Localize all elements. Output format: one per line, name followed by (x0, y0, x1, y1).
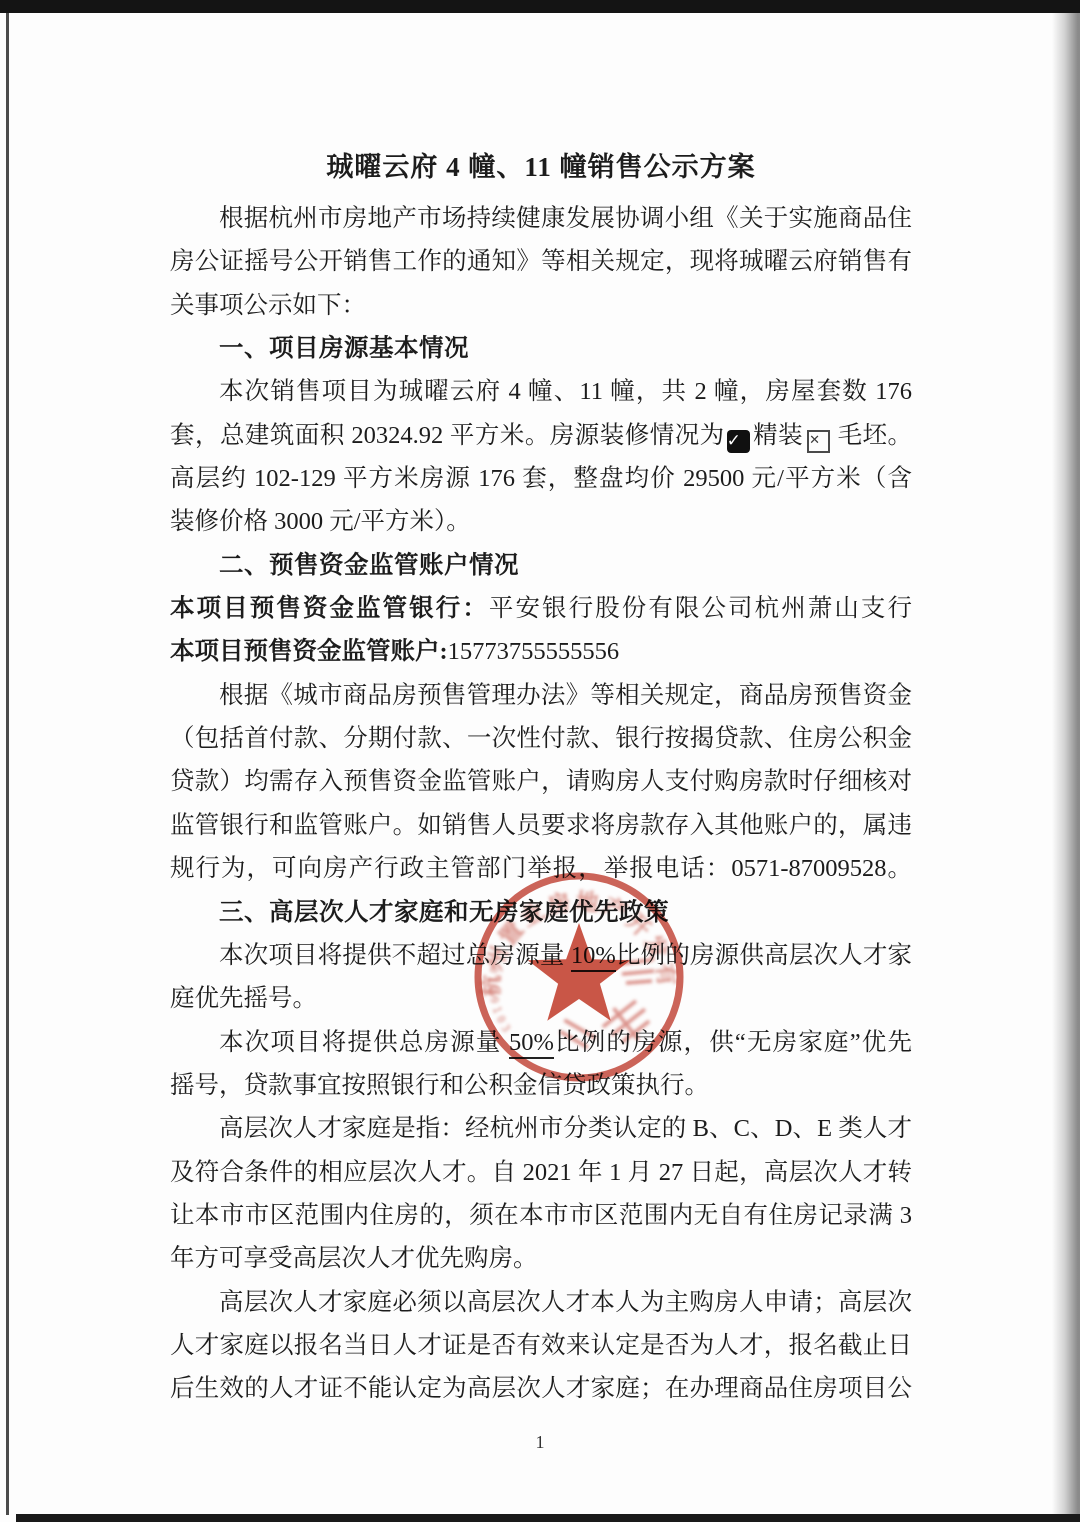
doc-line: 及符合条件的相应层次人才。自 2021 年 1 月 27 日起，高层次人才转 (170, 1151, 912, 1194)
doc-line: 人才家庭以报名当日人才证是否有效来认定是否为人才，报名截止日 (170, 1324, 912, 1367)
doc-line: 规行为，可向房产行政主管部门举报，举报电话：0571-87009528。 (170, 847, 912, 890)
scanned-page: { "page": { "number": "1" }, "stamp": { … (0, 0, 1080, 1522)
text-run: 贷款）均需存入预售资金监管账户，请购房人支付购房款时仔细核对 (170, 768, 912, 795)
text-run: 根据杭州市房地产市场持续健康发展协调小组《关于实施商品住 (219, 205, 912, 232)
text-run: 比例的房源供高层次人才家 (616, 942, 912, 969)
page-number: 1 (0, 1432, 1080, 1453)
text-run: 高层次人才家庭必须以高层次人才本人为主购房人申请；高层次 (219, 1289, 912, 1316)
document-lines: 根据杭州市房地产市场持续健康发展协调小组《关于实施商品住房公证摇号公开销售工作的… (170, 197, 912, 1411)
section-heading: 三、高层次人才家庭和无房家庭优先政策 (170, 891, 912, 934)
text-run: 监管银行和监管账户。如销售人员要求将房款存入其他账户的，属违 (170, 812, 912, 839)
underlined-value: 50% (509, 1029, 554, 1059)
checkbox-crossed-icon: ✕ (807, 430, 830, 453)
scan-top-edge (0, 0, 1080, 13)
doc-line: 高层约 102-129 平方米房源 176 套，整盘均价 29500 元/平方米… (170, 457, 912, 500)
doc-line: 庭优先摇号。 (170, 977, 912, 1020)
doc-line: 高层次人才家庭必须以高层次人才本人为主购房人申请；高层次 (170, 1281, 912, 1324)
doc-line: 套，总建筑面积 20324.92 平方米。房源装修情况为✓精装✕毛坯。 (170, 414, 912, 457)
doc-line: 后生效的人才证不能认定为高层次人才家庭；在办理商品住房项目公 (170, 1367, 912, 1410)
text-run: 本次项目将提供不超过总房源量 (219, 942, 571, 969)
doc-line: 装修价格 3000 元/平方米）。 (170, 500, 912, 543)
scan-right-shadow (1052, 13, 1080, 1522)
doc-line: 根据杭州市房地产市场持续健康发展协调小组《关于实施商品住 (170, 197, 912, 240)
text-run: 高层次人才家庭是指：经杭州市分类认定的 B、C、D、E 类人才 (219, 1115, 912, 1142)
doc-line: 本次销售项目为珹曜云府 4 幢、11 幢，共 2 幢，房屋套数 176 (170, 370, 912, 413)
doc-line: 年方可享受高层次人才优先购房。 (170, 1237, 912, 1280)
text-run: 毛坯。 (837, 422, 912, 449)
text-run: 高层约 102-129 平方米房源 176 套，整盘均价 29500 元/平方米… (170, 465, 912, 492)
text-run: 套，总建筑面积 20324.92 平方米。房源装修情况为 (170, 422, 725, 449)
text-run: 装修价格 3000 元/平方米）。 (170, 508, 471, 535)
scan-left-edge (6, 13, 9, 1515)
section-heading: 一、项目房源基本情况 (170, 327, 912, 370)
doc-line: 关事项公示如下： (170, 284, 912, 327)
text-run: 房公证摇号公开销售工作的通知》等相关规定，现将珹曜云府销售有 (170, 248, 912, 275)
doc-line: 贷款）均需存入预售资金监管账户，请购房人支付购房款时仔细核对 (170, 760, 912, 803)
bold-label: 本项目预售资金监管账户: (170, 638, 448, 665)
text-run: 精装 (753, 422, 803, 449)
text-run: 二、预售资金监管账户情况 (219, 552, 519, 579)
text-run: 本次项目将提供总房源量 (219, 1029, 509, 1056)
doc-line: 本项目预售资金监管银行：平安银行股份有限公司杭州萧山支行 (170, 587, 912, 630)
text-run: 15773755555556 (448, 638, 620, 665)
bold-label: 本项目预售资金监管银行： (170, 595, 489, 622)
section-heading: 二、预售资金监管账户情况 (170, 544, 912, 587)
text-run: 关事项公示如下： (170, 292, 366, 319)
doc-line: 高层次人才家庭是指：经杭州市分类认定的 B、C、D、E 类人才 (170, 1107, 912, 1150)
doc-line: 本次项目将提供不超过总房源量 10%比例的房源供高层次人才家 (170, 934, 912, 977)
underlined-value: 10% (571, 942, 616, 972)
checkbox-checked-icon: ✓ (727, 430, 750, 453)
text-run: 平安银行股份有限公司杭州萧山支行 (489, 595, 912, 622)
text-run: 及符合条件的相应层次人才。自 2021 年 1 月 27 日起，高层次人才转 (170, 1159, 912, 1186)
text-run: 三、高层次人才家庭和无房家庭优先政策 (219, 899, 669, 926)
text-run: 本次销售项目为珹曜云府 4 幢、11 幢，共 2 幢，房屋套数 176 (219, 378, 912, 405)
doc-line: 监管银行和监管账户。如销售人员要求将房款存入其他账户的，属违 (170, 804, 912, 847)
text-run: 规行为，可向房产行政主管部门举报，举报电话：0571-87009528。 (170, 855, 912, 882)
text-run: 后生效的人才证不能认定为高层次人才家庭；在办理商品住房项目公 (170, 1375, 912, 1402)
text-run: 根据《城市商品房预售管理办法》等相关规定，商品房预售资金 (219, 682, 912, 709)
text-run: （包括首付款、分期付款、一次性付款、银行按揭贷款、住房公积金 (170, 725, 912, 752)
doc-line: 根据《城市商品房预售管理办法》等相关规定，商品房预售资金 (170, 674, 912, 717)
text-run: 让本市市区范围内住房的，须在本市市区范围内无自有住房记录满 3 (170, 1202, 912, 1229)
text-run: 比例的房源，供“无房家庭”优先 (554, 1029, 912, 1056)
text-run: 人才家庭以报名当日人才证是否有效来认定是否为人才，报名截止日 (170, 1332, 912, 1359)
scan-bottom-edge (16, 1514, 1080, 1522)
doc-line: 摇号，贷款事宜按照银行和公积金信贷政策执行。 (170, 1064, 912, 1107)
document-title: 珹曜云府 4 幢、11 幢销售公示方案 (170, 145, 912, 197)
text-run: 一、项目房源基本情况 (219, 335, 469, 362)
text-run: 年方可享受高层次人才优先购房。 (170, 1245, 538, 1272)
doc-line: 本次项目将提供总房源量 50%比例的房源，供“无房家庭”优先 (170, 1021, 912, 1064)
doc-line: 房公证摇号公开销售工作的通知》等相关规定，现将珹曜云府销售有 (170, 240, 912, 283)
document-body: 珹曜云府 4 幢、11 幢销售公示方案 根据杭州市房地产市场持续健康发展协调小组… (170, 145, 912, 1411)
doc-line: （包括首付款、分期付款、一次性付款、银行按揭贷款、住房公积金 (170, 717, 912, 760)
text-run: 摇号，贷款事宜按照银行和公积金信贷政策执行。 (170, 1072, 709, 1099)
doc-line: 本项目预售资金监管账户:15773755555556 (170, 630, 912, 673)
text-run: 庭优先摇号。 (170, 985, 317, 1012)
doc-line: 让本市市区范围内住房的，须在本市市区范围内无自有住房记录满 3 (170, 1194, 912, 1237)
